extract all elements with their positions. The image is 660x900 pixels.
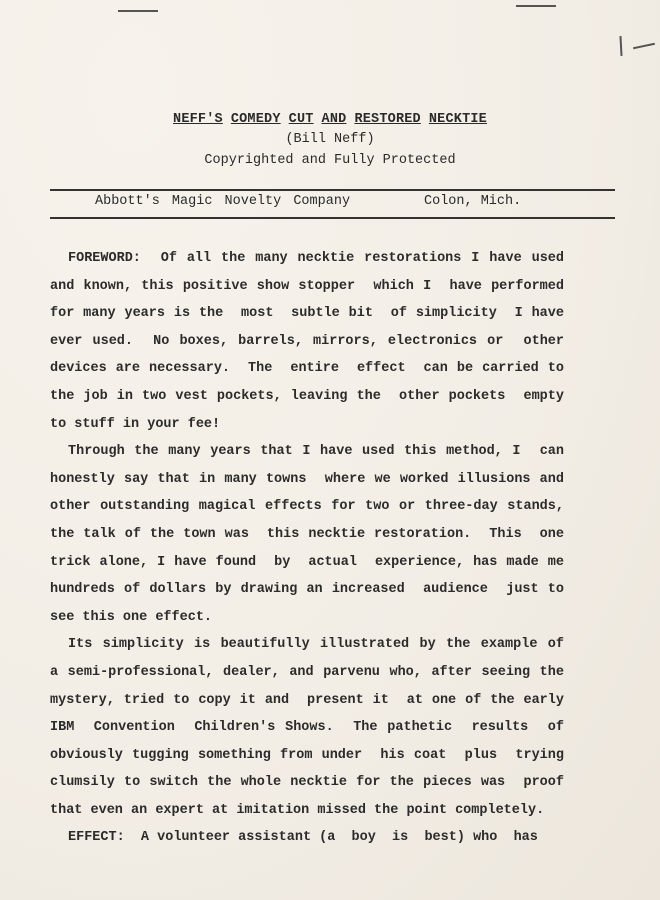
text-line: for many years is the most subtle bit of… bbox=[50, 300, 564, 328]
text-line: see this one effect. bbox=[50, 604, 564, 632]
text-line: Its simplicity is beautifully illustrate… bbox=[50, 631, 564, 659]
paragraph: Through the many years that I have used … bbox=[50, 438, 564, 631]
text-line: IBM Convention Children's Shows. The pat… bbox=[50, 714, 564, 742]
text-line: that even an expert at imitation missed … bbox=[50, 797, 564, 825]
title-word: NEFF'S bbox=[173, 112, 223, 127]
text-line: mystery, tried to copy it and present it… bbox=[50, 687, 564, 715]
title-word: NECKTIE bbox=[429, 112, 487, 127]
text-line: the talk of the town was this necktie re… bbox=[50, 521, 564, 549]
text-line: a semi-professional, dealer, and parvenu… bbox=[50, 659, 564, 687]
text-line: EFFECT: A volunteer assistant (a boy is … bbox=[50, 824, 564, 852]
text-line: FOREWORD: Of all the many necktie restor… bbox=[50, 245, 564, 273]
title-word: RESTORED bbox=[354, 112, 420, 127]
paragraph: EFFECT: A volunteer assistant (a boy is … bbox=[50, 824, 564, 852]
text-line: ever used. No boxes, barrels, mirrors, e… bbox=[50, 328, 564, 356]
paragraph: Its simplicity is beautifully illustrate… bbox=[50, 631, 564, 824]
title-word: AND bbox=[322, 112, 347, 127]
text-line: hundreds of dollars by drawing an increa… bbox=[50, 576, 564, 604]
publisher: Abbott's Magic Novelty Company bbox=[95, 194, 350, 209]
divider bbox=[50, 217, 615, 219]
text-line: honestly say that in many towns where we… bbox=[50, 466, 564, 494]
paragraph: FOREWORD: Of all the many necktie restor… bbox=[50, 245, 564, 438]
document-title: NEFF'SCOMEDYCUTANDRESTOREDNECKTIE bbox=[0, 112, 660, 127]
author: (Bill Neff) bbox=[0, 132, 660, 147]
pen-mark bbox=[516, 5, 556, 7]
text-line: to stuff in your fee! bbox=[50, 411, 564, 439]
text-line: the job in two vest pockets, leaving the… bbox=[50, 383, 564, 411]
publisher-location: Colon, Mich. bbox=[424, 194, 521, 209]
title-word: CUT bbox=[289, 112, 314, 127]
pen-mark bbox=[619, 36, 622, 56]
document-body: FOREWORD: Of all the many necktie restor… bbox=[50, 245, 564, 852]
divider bbox=[50, 189, 615, 191]
copyright-notice: Copyrighted and Fully Protected bbox=[0, 153, 660, 168]
text-line: devices are necessary. The entire effect… bbox=[50, 355, 564, 383]
text-line: obviously tugging something from under h… bbox=[50, 742, 564, 770]
pen-mark bbox=[633, 43, 655, 50]
title-word: COMEDY bbox=[231, 112, 281, 127]
text-line: Through the many years that I have used … bbox=[50, 438, 564, 466]
text-line: and known, this positive show stopper wh… bbox=[50, 273, 564, 301]
pen-mark bbox=[118, 10, 158, 12]
text-line: trick alone, I have found by actual expe… bbox=[50, 549, 564, 577]
text-line: clumsily to switch the whole necktie for… bbox=[50, 769, 564, 797]
text-line: other outstanding magical effects for tw… bbox=[50, 493, 564, 521]
